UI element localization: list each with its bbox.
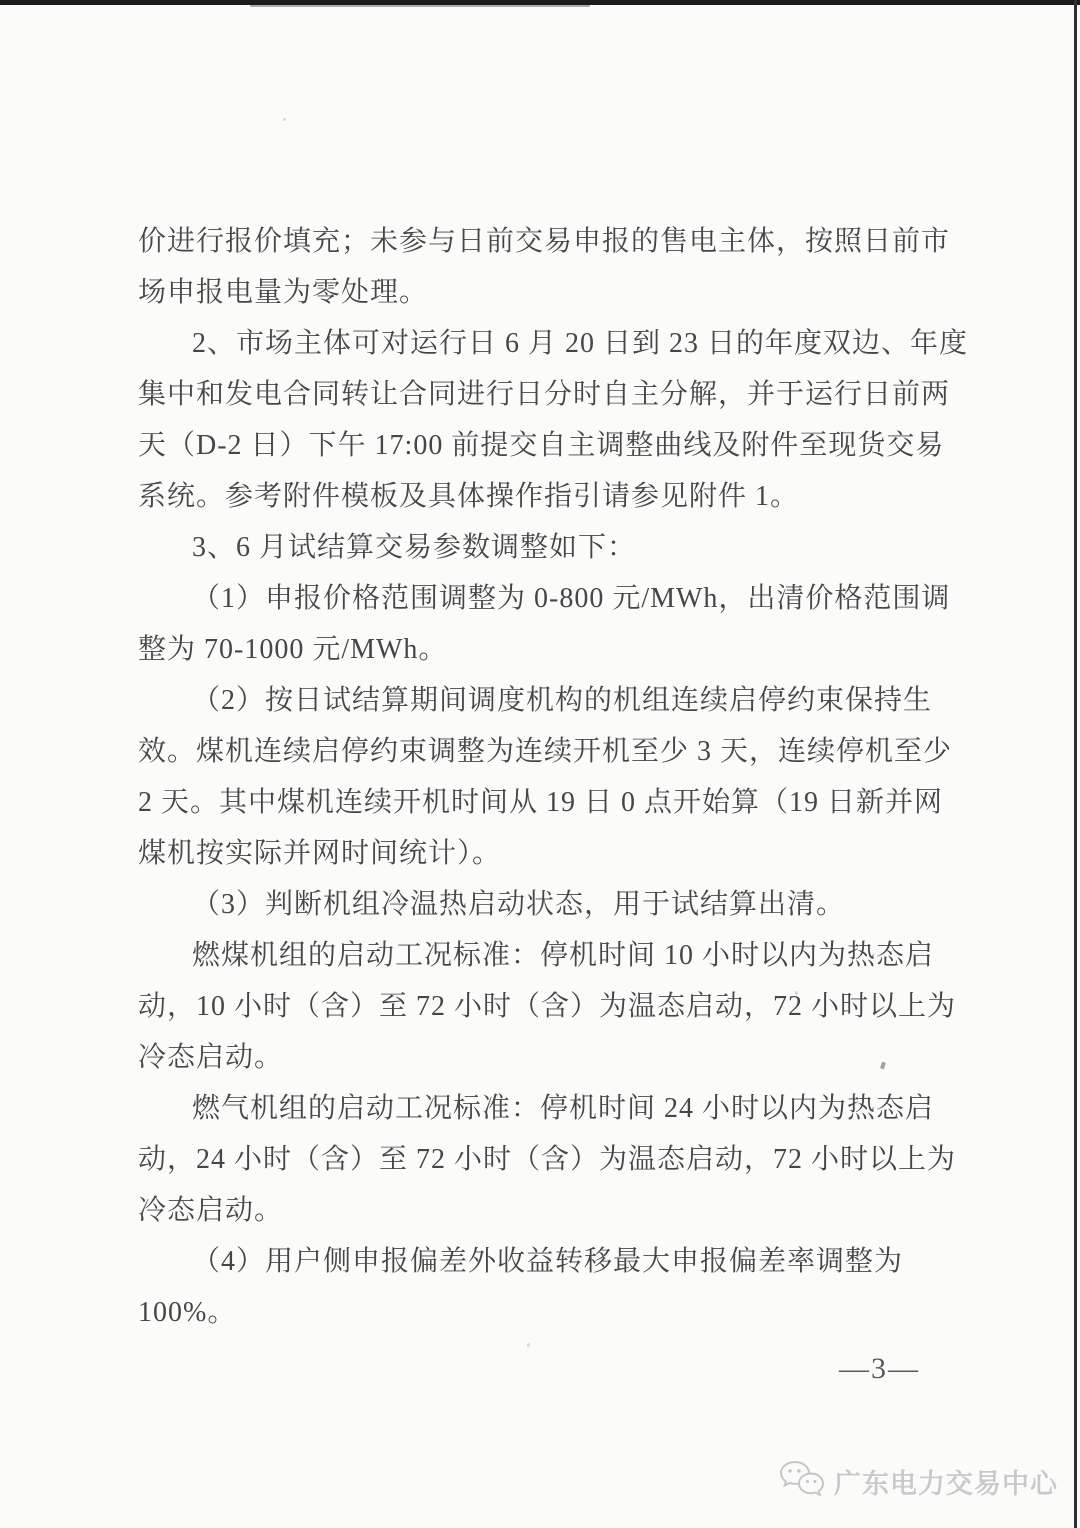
scan-speck [795, 991, 798, 995]
text-line: 煤机按实际并网时间统计）。 [138, 828, 956, 879]
footer-watermark: 广东电力交易中心 [778, 1460, 1058, 1502]
text-line: 3、6 月试结算交易参数调整如下： [138, 522, 956, 573]
text-line: 场申报电量为零处理。 [138, 267, 956, 318]
scanned-document-page: 价进行报价填充；未参与日前交易申报的售电主体，按照日前市场申报电量为零处理。2、… [0, 0, 1080, 1528]
text-line: 动，24 小时（含）至 72 小时（含）为温态启动，72 小时以上为 [138, 1134, 956, 1185]
watermark-brand-text: 广东电力交易中心 [834, 1462, 1058, 1501]
document-lines: 价进行报价填充；未参与日前交易申报的售电主体，按照日前市场申报电量为零处理。2、… [138, 216, 956, 1338]
text-line: （4）用户侧申报偏差外收益转移最大申报偏差率调整为 [138, 1236, 956, 1287]
text-line: 动，10 小时（含）至 72 小时（含）为温态启动，72 小时以上为 [138, 981, 956, 1032]
text-line: 2 天。其中煤机连续开机时间从 19 日 0 点开始算（19 日新并网 [138, 777, 956, 828]
text-line: （2）按日试结算期间调度机构的机组连续启停约束保持生 [138, 675, 956, 726]
page-number: —3— [839, 1352, 920, 1386]
scan-speck [283, 118, 286, 121]
text-line: 价进行报价填充；未参与日前交易申报的售电主体，按照日前市 [138, 216, 956, 267]
text-line: 系统。参考附件模板及具体操作指引请参见附件 1。 [138, 471, 956, 522]
wechat-icon [778, 1460, 826, 1502]
text-line: 整为 70-1000 元/MWh。 [138, 624, 956, 675]
text-line: 燃煤机组的启动工况标准：停机时间 10 小时以内为热态启 [138, 930, 956, 981]
text-line: 冷态启动。 [138, 1032, 956, 1083]
text-line: （3）判断机组冷温热启动状态，用于试结算出清。 [138, 879, 956, 930]
scan-speck [527, 1343, 530, 1347]
text-line: 100%。 [138, 1287, 956, 1338]
text-line: 2、市场主体可对运行日 6 月 20 日到 23 日的年度双边、年度 [138, 318, 956, 369]
scan-edge-top [0, 0, 1080, 5]
text-line: 冷态启动。 [138, 1185, 956, 1236]
text-line: 效。煤机连续启停约束调整为连续开机至少 3 天，连续停机至少 [138, 726, 956, 777]
scan-edge-right [1074, 0, 1077, 1528]
text-line: （1）申报价格范围调整为 0-800 元/MWh，出清价格范围调 [138, 573, 956, 624]
text-line: 集中和发电合同转让合同进行日分时自主分解，并于运行日前两 [138, 369, 956, 420]
text-line: 燃气机组的启动工况标准：停机时间 24 小时以内为热态启 [138, 1083, 956, 1134]
text-line: 天（D-2 日）下午 17:00 前提交自主调整曲线及附件至现货交易 [138, 420, 956, 471]
